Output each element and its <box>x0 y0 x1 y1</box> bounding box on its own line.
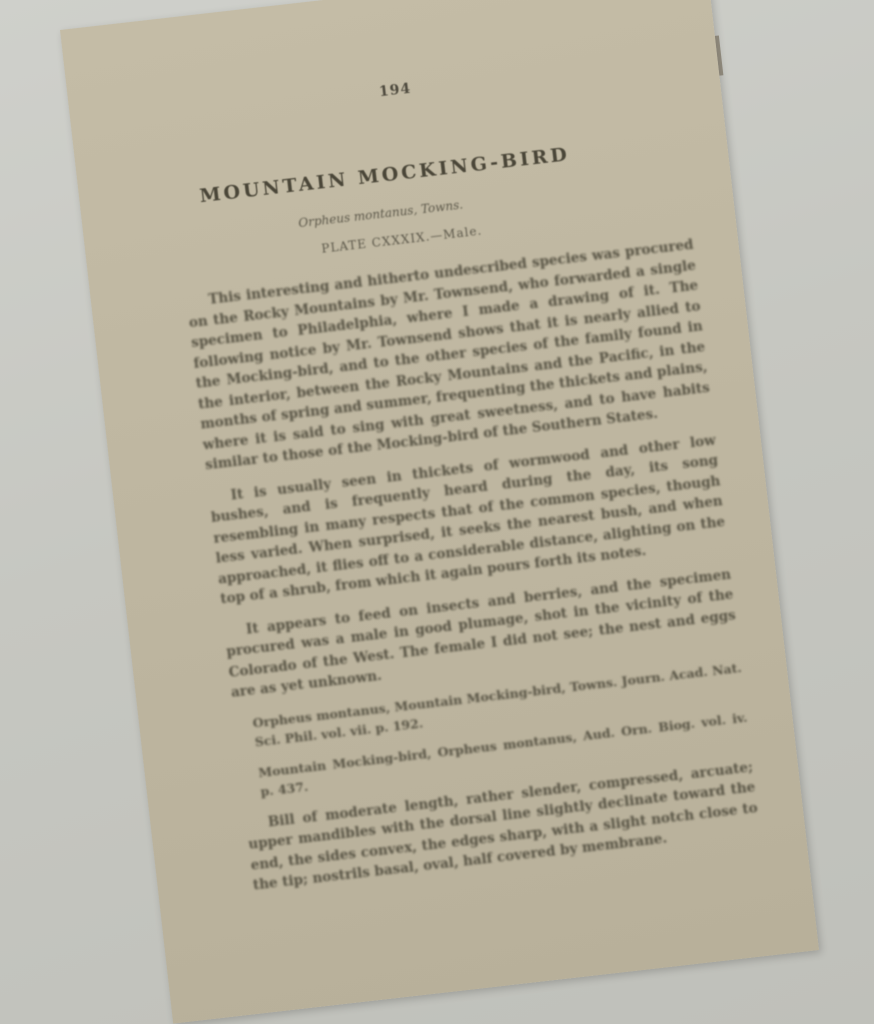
book-page: 194 MOUNTAIN MOCKING-BIRD Orpheus montan… <box>60 0 819 1024</box>
body-text: This interesting and hitherto undescribe… <box>186 235 763 908</box>
plate-caption: PLATE CXXXIX.—Male. <box>321 224 483 256</box>
scientific-name: Orpheus montanus, Towns. <box>298 198 464 231</box>
page-title: MOUNTAIN MOCKING-BIRD <box>198 143 570 207</box>
page-number: 194 <box>378 81 412 101</box>
